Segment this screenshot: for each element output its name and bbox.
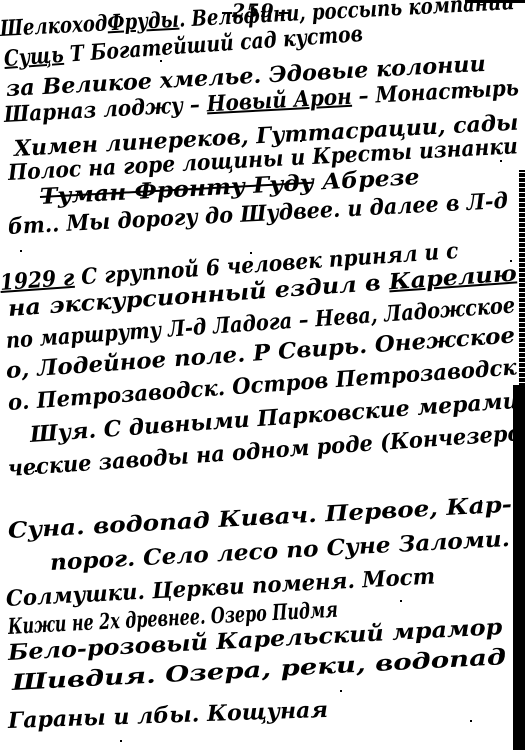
underlined-text: Сущь — [3, 42, 64, 72]
scan-speck — [340, 690, 342, 692]
scan-speck — [470, 90, 472, 92]
text: Гараны и лбы. Кощуная — [8, 697, 329, 734]
text: за — [5, 74, 43, 102]
section2-line: Гараны и лбы. Кощуная — [8, 699, 329, 732]
scan-speck — [60, 560, 62, 562]
scan-speck — [480, 500, 482, 502]
scan-speck — [500, 160, 502, 162]
scan-speck — [160, 60, 162, 62]
scan-speck — [120, 740, 122, 742]
scan-speck — [400, 600, 402, 602]
scan-speck — [35, 470, 37, 472]
scan-speck — [220, 420, 222, 422]
scan-speck — [250, 252, 252, 254]
scan-speck — [510, 260, 512, 262]
manuscript-page: 259 ШелкоходФруды. Вельфини, россыпь ком… — [0, 0, 525, 750]
scan-edge-right-upper — [519, 170, 525, 385]
text: Абрезе — [313, 164, 420, 196]
scan-speck — [300, 140, 302, 142]
text: Шелкоход — [0, 10, 108, 42]
scan-speck — [20, 250, 22, 252]
underlined-text: Фруды — [107, 7, 180, 37]
scan-speck — [470, 720, 472, 722]
